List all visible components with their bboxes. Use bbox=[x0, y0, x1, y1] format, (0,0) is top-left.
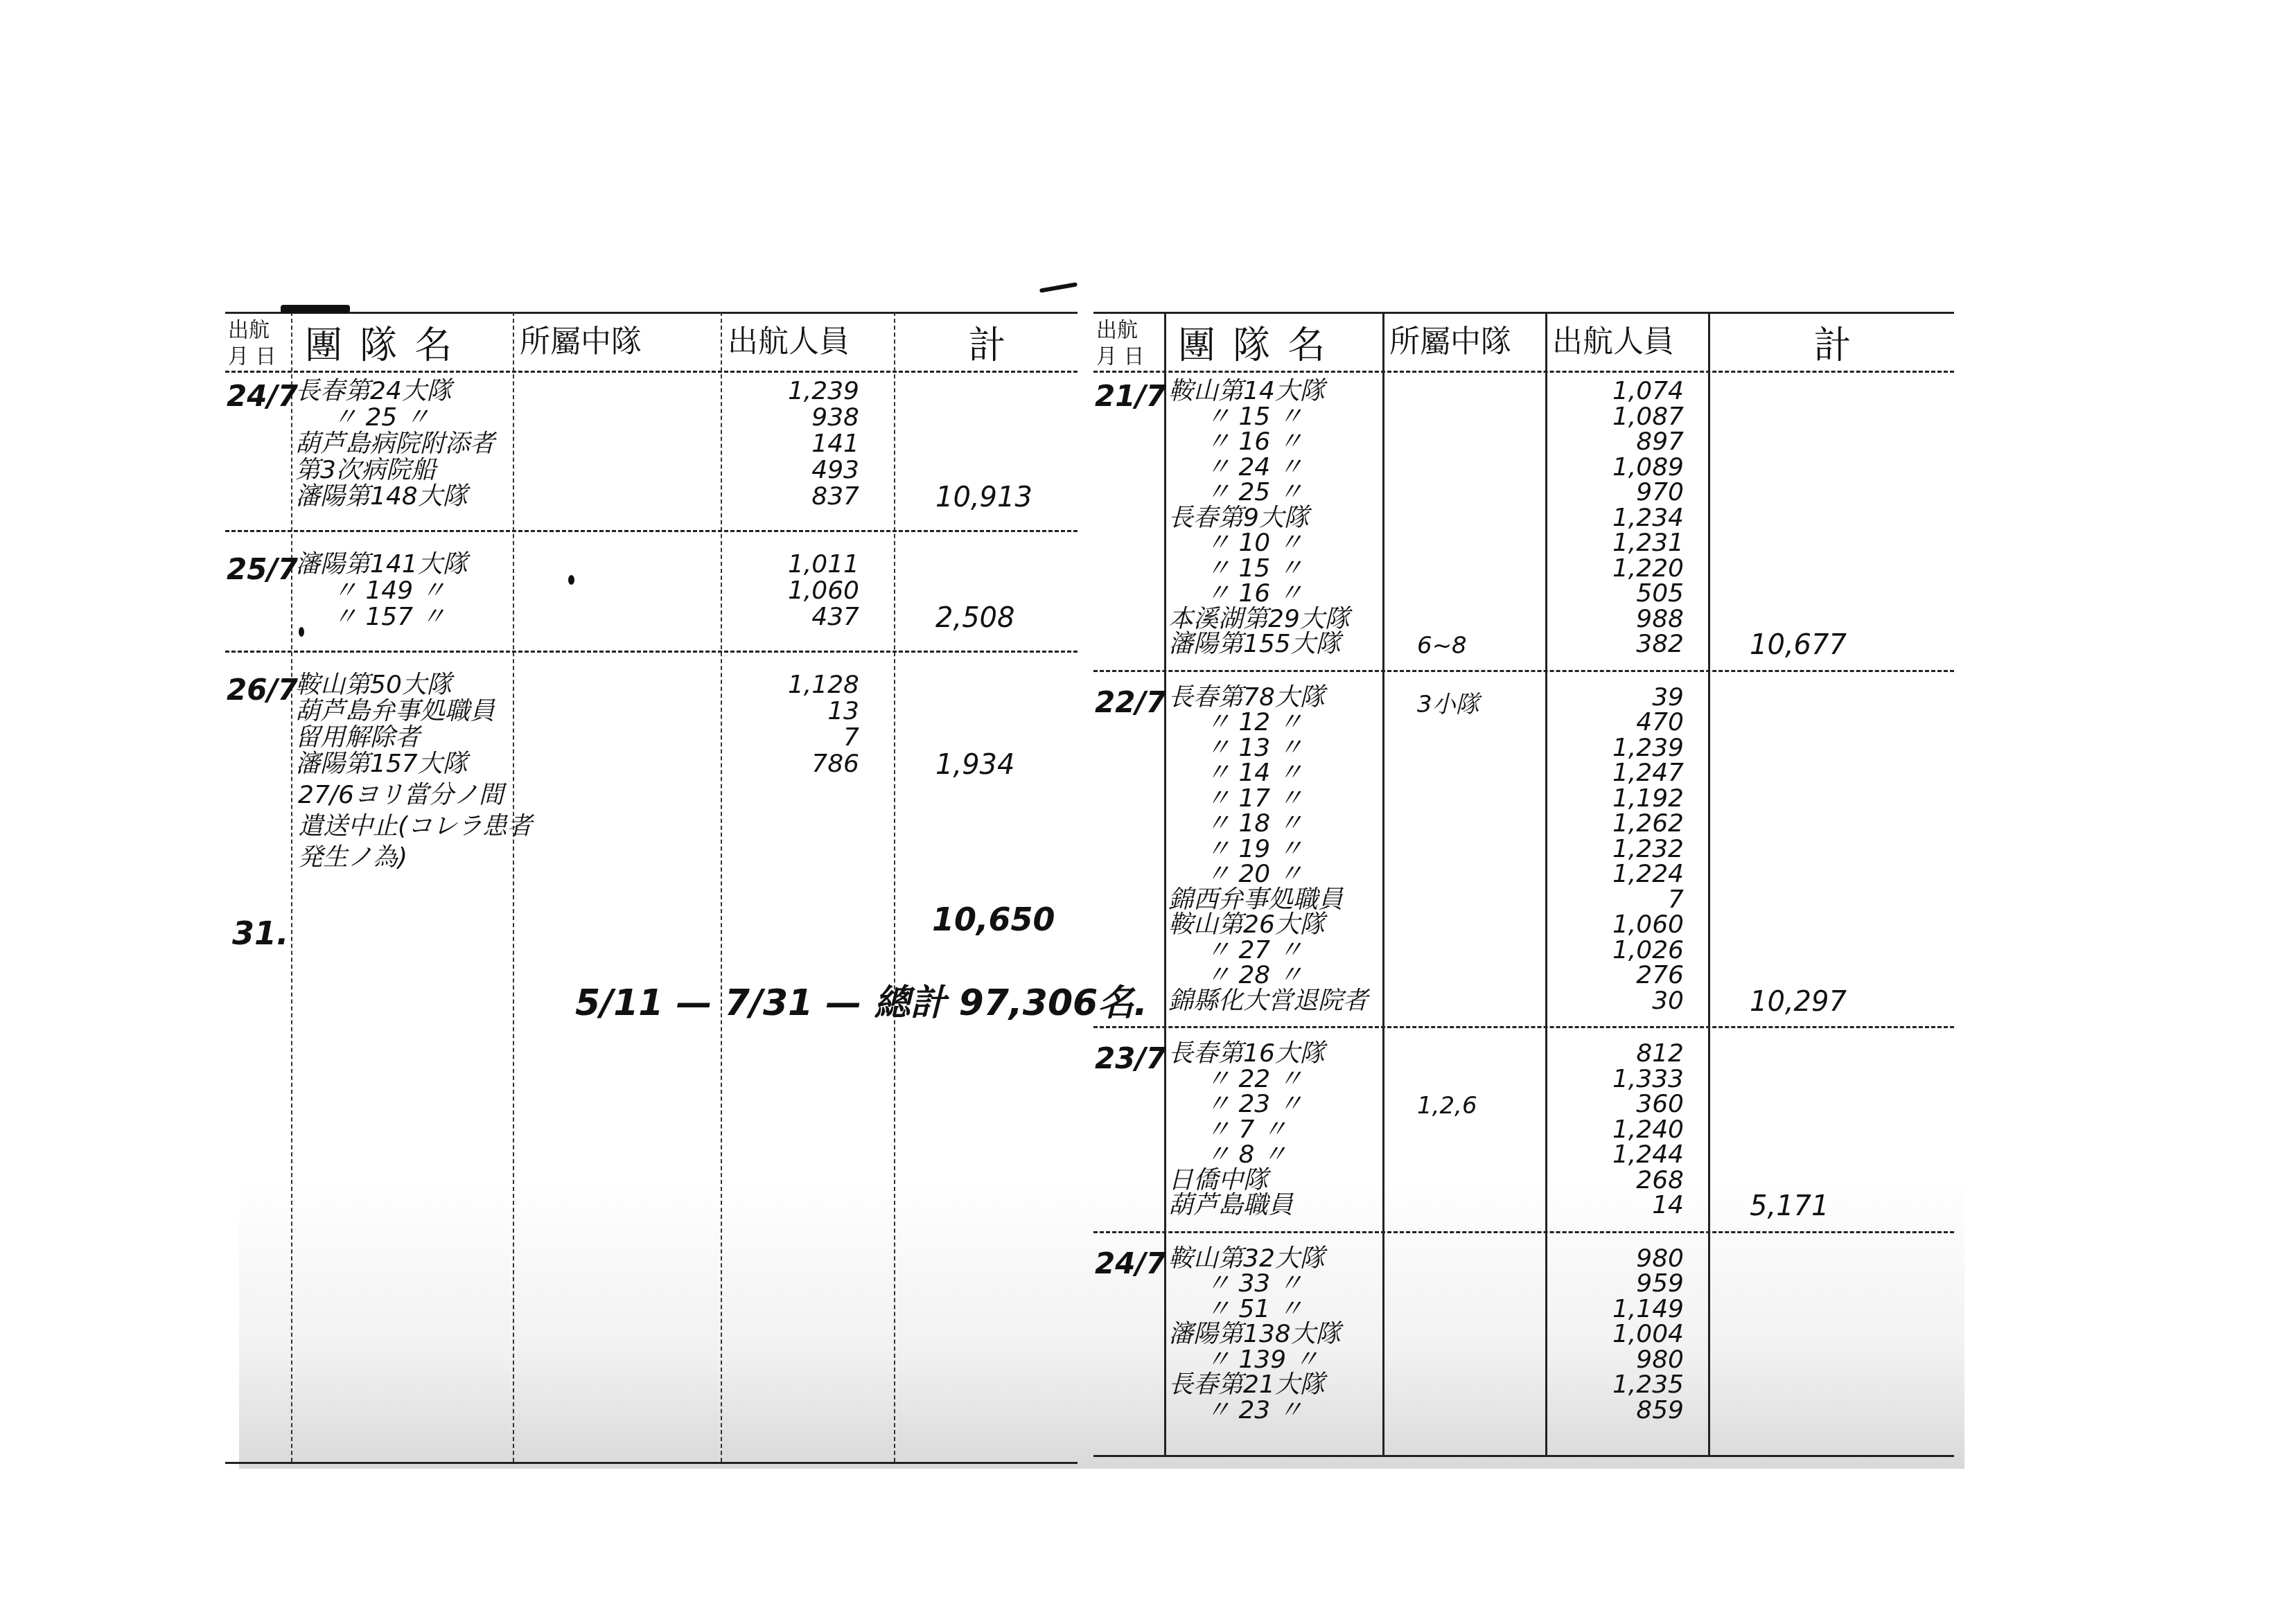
column-divider bbox=[1708, 312, 1710, 1455]
scan-shading bbox=[239, 1178, 1964, 1469]
personnel-count: 1,004 bbox=[1573, 1322, 1684, 1347]
ink-dot bbox=[568, 575, 574, 585]
personnel-count: 786 bbox=[748, 752, 859, 777]
personnel-count: 470 bbox=[1573, 710, 1684, 735]
unit-name: 長春第16大隊 bbox=[1168, 1041, 1325, 1066]
column-divider bbox=[1382, 312, 1384, 1455]
personnel-count: 812 bbox=[1573, 1041, 1684, 1066]
suspension-note: 27/6ヨリ當分ノ間 遣送中止(コレラ患者 発生ノ為) bbox=[298, 779, 532, 873]
personnel-count: 1,089 bbox=[1573, 455, 1684, 480]
row-date: 25/7 bbox=[227, 552, 298, 586]
personnel-count: 360 bbox=[1573, 1092, 1684, 1117]
table-top-border bbox=[1093, 312, 1954, 314]
unit-name: 〃 51 〃 bbox=[1206, 1297, 1303, 1322]
personnel-count: 988 bbox=[1573, 607, 1684, 632]
personnel-count: 1,239 bbox=[1573, 736, 1684, 761]
unit-name: 鞍山第50大隊 bbox=[295, 673, 452, 698]
unit-name: 〃 25 〃 bbox=[1206, 480, 1303, 505]
ink-smudge bbox=[281, 305, 350, 313]
header-date-bottom: 月 日 bbox=[228, 346, 276, 367]
personnel-count: 1,011 bbox=[748, 552, 859, 577]
row-date: 26/7 bbox=[227, 673, 298, 707]
personnel-count: 1,224 bbox=[1573, 862, 1684, 887]
group-total: 2,508 bbox=[935, 602, 1015, 634]
ink-stroke bbox=[1039, 282, 1078, 292]
row-date: 22/7 bbox=[1095, 685, 1166, 719]
header-total: 計 bbox=[969, 327, 1009, 364]
group-total: 10,677 bbox=[1750, 629, 1847, 661]
header-unit-name: 團 隊 名 bbox=[305, 327, 455, 364]
unit-name: 〃 23 〃 bbox=[1206, 1398, 1303, 1423]
column-divider bbox=[1545, 312, 1547, 1455]
end-date: 31. bbox=[232, 915, 289, 952]
unit-name: 〃 28 〃 bbox=[1206, 963, 1303, 988]
note-line: 27/6ヨリ當分ノ間 bbox=[298, 779, 532, 811]
unit-name: 錦縣化大営退院者 bbox=[1168, 989, 1368, 1014]
header-unit-name: 團 隊 名 bbox=[1178, 327, 1328, 364]
personnel-count: 7 bbox=[748, 725, 859, 750]
personnel-count: 1,231 bbox=[1573, 531, 1684, 556]
group-total: 5,171 bbox=[1750, 1190, 1829, 1222]
personnel-count: 1,074 bbox=[1573, 379, 1684, 404]
unit-name: 〃 10 〃 bbox=[1206, 531, 1303, 556]
ink-dot bbox=[299, 627, 304, 637]
personnel-count: 505 bbox=[1573, 581, 1684, 606]
column-divider bbox=[721, 312, 722, 1462]
unit-name: 〃 16 〃 bbox=[1206, 581, 1303, 606]
unit-name: 〃 17 〃 bbox=[1206, 786, 1303, 811]
column-divider bbox=[894, 312, 895, 1462]
table-bottom-border bbox=[1093, 1455, 1954, 1457]
unit-name: 〃 20 〃 bbox=[1206, 862, 1303, 887]
unit-name: 〃 14 〃 bbox=[1206, 761, 1303, 786]
group-total: 10,913 bbox=[935, 482, 1032, 513]
header-date-bottom: 月 日 bbox=[1096, 346, 1145, 367]
personnel-count: 1,232 bbox=[1573, 837, 1684, 862]
unit-name: 〃 13 〃 bbox=[1206, 736, 1303, 761]
end-total: 10,650 bbox=[932, 901, 1055, 938]
column-divider bbox=[1164, 312, 1166, 1455]
personnel-count: 1,234 bbox=[1573, 506, 1684, 531]
unit-name: 日僑中隊 bbox=[1168, 1168, 1268, 1193]
personnel-count: 1,128 bbox=[748, 673, 859, 698]
unit-name: 〃 8 〃 bbox=[1206, 1142, 1287, 1167]
company-value: 6~8 bbox=[1417, 632, 1467, 660]
unit-name: 第3次病院船 bbox=[295, 458, 436, 483]
unit-name: 瀋陽第148大隊 bbox=[295, 484, 468, 509]
unit-name: 本溪湖第29大隊 bbox=[1168, 607, 1350, 632]
column-divider bbox=[513, 312, 514, 1462]
personnel-count: 1,333 bbox=[1573, 1067, 1684, 1092]
personnel-count: 859 bbox=[1573, 1398, 1684, 1423]
row-date: 24/7 bbox=[1095, 1246, 1166, 1280]
unit-name: 留用解除者 bbox=[295, 725, 420, 750]
unit-name: 〃 157 〃 bbox=[333, 605, 446, 630]
unit-name: 長春第78大隊 bbox=[1168, 685, 1325, 710]
personnel-count: 7 bbox=[1573, 888, 1684, 912]
personnel-count: 382 bbox=[1573, 632, 1684, 657]
table-top-border bbox=[225, 312, 1078, 314]
scanned-page: 出航月 日團 隊 名所屬中隊出航人員計24/7長春第24大隊1,239〃 25 … bbox=[0, 0, 2295, 1624]
unit-name: 鞍山第26大隊 bbox=[1168, 912, 1325, 937]
unit-name: 葫芦島弁事処職員 bbox=[295, 699, 495, 724]
table-bottom-border bbox=[225, 1462, 1078, 1464]
group-divider bbox=[225, 530, 1078, 532]
header-personnel: 出航人員 bbox=[728, 327, 850, 358]
note-line: 発生ノ為) bbox=[298, 842, 532, 873]
personnel-count: 1,244 bbox=[1573, 1142, 1684, 1167]
row-date: 24/7 bbox=[227, 379, 298, 413]
unit-name: 〃 149 〃 bbox=[333, 579, 446, 603]
header-date-top: 出航 bbox=[228, 320, 270, 341]
header-total: 計 bbox=[1814, 327, 1854, 364]
unit-name: 長春第21大隊 bbox=[1168, 1373, 1325, 1397]
personnel-count: 1,087 bbox=[1573, 405, 1684, 430]
group-divider bbox=[1093, 1026, 1954, 1028]
personnel-count: 1,060 bbox=[748, 579, 859, 603]
personnel-count: 1,060 bbox=[1573, 912, 1684, 937]
personnel-count: 837 bbox=[748, 484, 859, 509]
header-personnel: 出航人員 bbox=[1552, 327, 1674, 358]
personnel-count: 970 bbox=[1573, 480, 1684, 505]
personnel-count: 1,220 bbox=[1573, 556, 1684, 581]
column-divider bbox=[291, 312, 292, 1462]
unit-name: 〃 12 〃 bbox=[1206, 710, 1303, 735]
unit-name: 葫芦島職員 bbox=[1168, 1193, 1293, 1218]
personnel-count: 276 bbox=[1573, 963, 1684, 988]
personnel-count: 1,247 bbox=[1573, 761, 1684, 786]
personnel-count: 493 bbox=[748, 458, 859, 483]
unit-name: 錦西弁事処職員 bbox=[1168, 888, 1343, 912]
unit-name: 鞍山第14大隊 bbox=[1168, 379, 1325, 404]
unit-name: 瀋陽第157大隊 bbox=[295, 752, 468, 777]
unit-name: 鞍山第32大隊 bbox=[1168, 1246, 1325, 1271]
unit-name: 瀋陽第155大隊 bbox=[1168, 632, 1341, 657]
header-divider bbox=[225, 371, 1078, 373]
group-divider bbox=[1093, 670, 1954, 672]
personnel-count: 959 bbox=[1573, 1271, 1684, 1296]
personnel-count: 141 bbox=[748, 432, 859, 457]
personnel-count: 13 bbox=[748, 699, 859, 724]
unit-name: 〃 139 〃 bbox=[1206, 1348, 1319, 1373]
personnel-count: 980 bbox=[1573, 1246, 1684, 1271]
unit-name: 〃 15 〃 bbox=[1206, 556, 1303, 581]
group-total: 10,297 bbox=[1750, 986, 1847, 1018]
note-line: 遣送中止(コレラ患者 bbox=[298, 811, 532, 842]
unit-name: 瀋陽第141大隊 bbox=[295, 552, 468, 577]
row-date: 23/7 bbox=[1095, 1041, 1166, 1075]
personnel-count: 938 bbox=[748, 405, 859, 430]
unit-name: 〃 19 〃 bbox=[1206, 837, 1303, 862]
personnel-count: 268 bbox=[1573, 1168, 1684, 1193]
personnel-count: 30 bbox=[1573, 989, 1684, 1014]
unit-name: 〃 27 〃 bbox=[1206, 938, 1303, 963]
unit-name: 〃 18 〃 bbox=[1206, 811, 1303, 836]
personnel-count: 1,192 bbox=[1573, 786, 1684, 811]
unit-name: 〃 22 〃 bbox=[1206, 1067, 1303, 1092]
unit-name: 瀋陽第138大隊 bbox=[1168, 1322, 1341, 1347]
unit-name: 〃 15 〃 bbox=[1206, 405, 1303, 430]
personnel-count: 1,240 bbox=[1573, 1118, 1684, 1142]
unit-name: 〃 25 〃 bbox=[333, 405, 430, 430]
personnel-count: 1,239 bbox=[748, 379, 859, 404]
personnel-count: 14 bbox=[1573, 1193, 1684, 1218]
personnel-count: 1,235 bbox=[1573, 1373, 1684, 1397]
unit-name: 〃 24 〃 bbox=[1206, 455, 1303, 480]
personnel-count: 980 bbox=[1573, 1348, 1684, 1373]
group-divider bbox=[1093, 1231, 1954, 1233]
unit-name: 〃 33 〃 bbox=[1206, 1271, 1303, 1296]
group-divider bbox=[225, 651, 1078, 653]
unit-name: 長春第9大隊 bbox=[1168, 506, 1309, 531]
row-date: 21/7 bbox=[1095, 379, 1166, 413]
personnel-count: 1,026 bbox=[1573, 938, 1684, 963]
company-value: 3小隊 bbox=[1417, 685, 1479, 719]
unit-name: 長春第24大隊 bbox=[295, 379, 452, 404]
unit-name: 葫芦島病院附添者 bbox=[295, 432, 495, 457]
header-divider bbox=[1093, 371, 1954, 373]
personnel-count: 437 bbox=[748, 605, 859, 630]
header-company: 所屬中隊 bbox=[1389, 327, 1511, 358]
unit-name: 〃 16 〃 bbox=[1206, 430, 1303, 454]
company-value: 1,2,6 bbox=[1417, 1092, 1477, 1120]
personnel-count: 1,149 bbox=[1573, 1297, 1684, 1322]
personnel-count: 897 bbox=[1573, 430, 1684, 454]
header-date-top: 出航 bbox=[1096, 320, 1138, 341]
grand-total-summary: 5/11 — 7/31 — 總計 97,306名. bbox=[575, 973, 1147, 1025]
unit-name: 〃 7 〃 bbox=[1206, 1118, 1287, 1142]
header-company: 所屬中隊 bbox=[520, 327, 642, 358]
personnel-count: 39 bbox=[1573, 685, 1684, 710]
unit-name: 〃 23 〃 bbox=[1206, 1092, 1303, 1117]
group-total: 1,934 bbox=[935, 749, 1015, 781]
personnel-count: 1,262 bbox=[1573, 811, 1684, 836]
